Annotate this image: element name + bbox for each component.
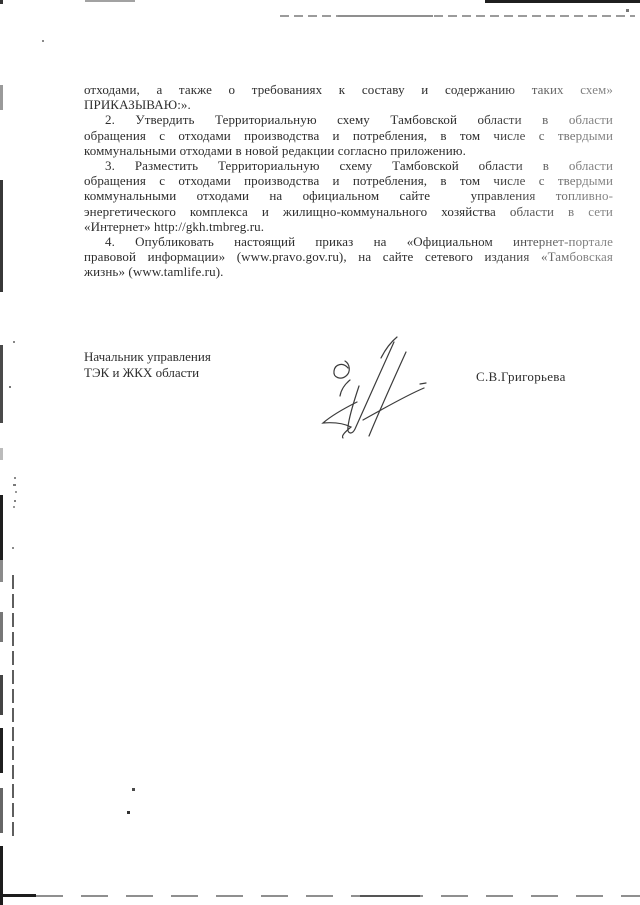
scan-speck [132, 788, 135, 791]
scan-speck [9, 386, 11, 388]
paragraph-item-3: 3. Разместить Территориальную схему Тамб… [84, 158, 613, 234]
scan-speck [13, 484, 16, 486]
doc-line: жизнь» (www.tamlife.ru). [84, 264, 613, 279]
scan-speck [13, 506, 15, 508]
paragraph-item-4: 4. Опубликовать настоящий приказ на «Офи… [84, 234, 613, 280]
scanned-document-page: отходами, а также о требованиях к состав… [0, 0, 640, 905]
scan-speck [127, 811, 130, 814]
scan-speck [13, 341, 15, 343]
signatory-position-line2: ТЭК и ЖКХ области [84, 365, 211, 381]
doc-line: «Интернет» http://gkh.tmbreg.ru. [84, 219, 613, 234]
scan-artifact-left-edge [0, 448, 3, 460]
scan-artifact-inner-vertical-line [12, 575, 14, 840]
scan-speck [15, 491, 17, 493]
scan-artifact-left-edge [0, 495, 3, 560]
doc-line: коммунальными отходами в новой редакции … [84, 143, 613, 158]
scan-artifact-top-corner-tick [0, 0, 3, 4]
handwritten-signature [293, 328, 438, 440]
scan-artifact-left-edge [0, 612, 3, 642]
doc-line: правовой информации» (www.pravo.gov.ru),… [84, 249, 613, 264]
doc-line: 4. Опубликовать настоящий приказ на «Офи… [84, 234, 613, 249]
doc-line: отходами, а также о требованиях к состав… [84, 82, 613, 97]
scan-speck [14, 500, 16, 502]
scan-artifact-left-edge [0, 345, 3, 423]
scan-artifact-bottom-left-bar [0, 894, 36, 897]
doc-line: ПРИКАЗЫВАЮ:». [84, 97, 613, 112]
scan-artifact-left-edge [0, 788, 3, 833]
scan-artifact-top-gray-bar [85, 0, 135, 2]
scan-artifact-left-edge [0, 846, 3, 905]
doc-line: 2. Утвердить Территориальную схему Тамбо… [84, 112, 613, 127]
doc-line: 3. Разместить Территориальную схему Тамб… [84, 158, 613, 173]
scan-artifact-bottom-dashed-line [36, 895, 640, 897]
scan-artifact-left-edge [0, 180, 3, 292]
signatory-position: Начальник управления ТЭК и ЖКХ области [84, 349, 211, 380]
scan-artifact-left-edge [0, 728, 3, 773]
scan-artifact-left-edge [0, 560, 3, 582]
paragraph-continuation: отходами, а также о требованиях к состав… [84, 82, 613, 112]
scan-artifact-left-edge [0, 85, 3, 110]
signatory-position-line1: Начальник управления [84, 349, 211, 365]
signatory-name: С.В.Григорьева [476, 369, 566, 385]
paragraph-item-2: 2. Утвердить Территориальную схему Тамбо… [84, 112, 613, 158]
scan-artifact-left-edge [0, 675, 3, 715]
doc-line: энергетического комплекса и жилищно-комм… [84, 204, 613, 219]
scan-artifact-top-black-bar [485, 0, 640, 3]
scan-speck [14, 477, 16, 479]
document-body: отходами, а также о требованиях к состав… [84, 82, 613, 280]
scan-artifact-top-dashed-solid-segment [338, 15, 433, 17]
scan-speck [42, 40, 44, 42]
scan-artifact-bottom-dark-segment [360, 895, 420, 897]
scan-artifact-top-dashed-line [280, 15, 635, 17]
doc-line: обращения с отходами производства и потр… [84, 128, 613, 143]
scan-artifact-top-right-speck [626, 9, 629, 12]
doc-line: коммунальными отходами на официальном са… [84, 188, 613, 203]
scan-speck [12, 547, 14, 549]
doc-line: обращения с отходами производства и потр… [84, 173, 613, 188]
